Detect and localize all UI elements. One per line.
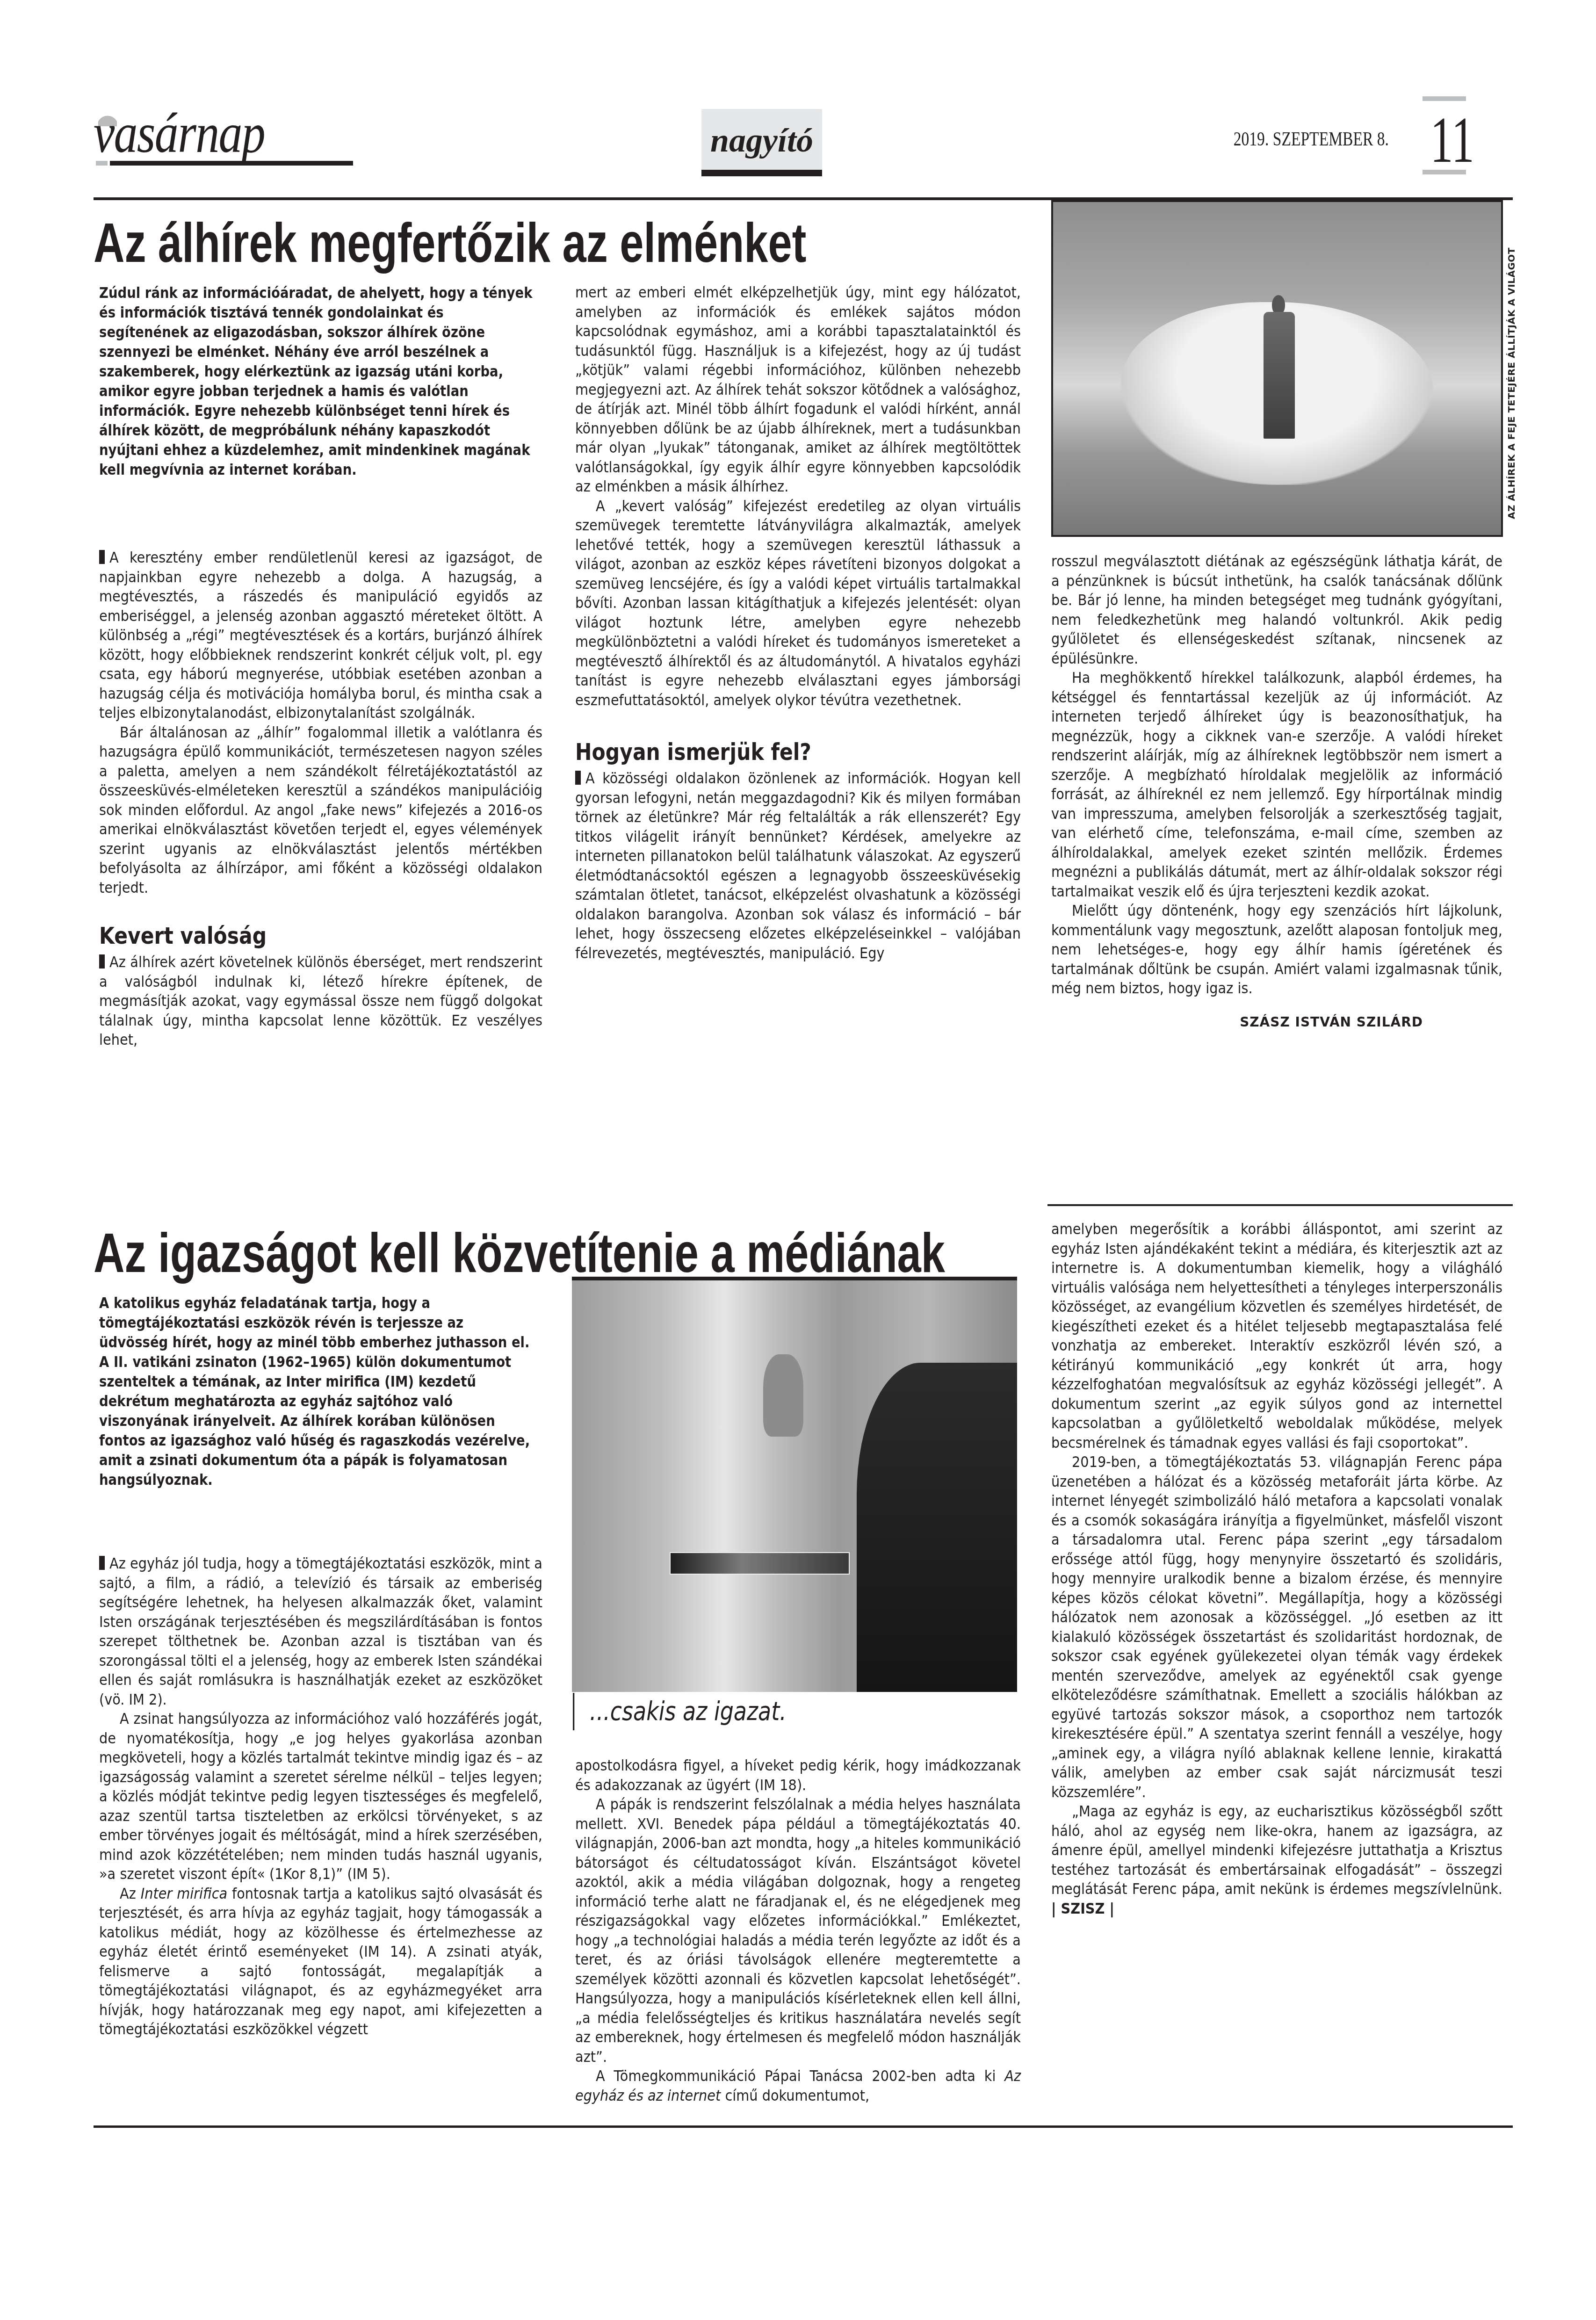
- article1-col2: mert az emberi elmét elképzelhetjük úgy,…: [575, 283, 1021, 963]
- paragraph: „Maga az egyház is egy, az eucharisztiku…: [1051, 1802, 1502, 1918]
- text-run: Az: [120, 1885, 141, 1902]
- article2-photo: [572, 1277, 1017, 1692]
- masthead-logo: vasárnap: [94, 98, 346, 168]
- paragraph: Bár általánosan az „álhír” fogalommal il…: [99, 723, 542, 898]
- article2-title: Az igazságot kell közvetítenie a médiána…: [94, 1223, 945, 1284]
- section-label: nagyító: [701, 115, 822, 166]
- byline: SZÁSZ ISTVÁN SZILÁRD: [1051, 1012, 1502, 1032]
- pull-quote: ...csakis az igazat.: [573, 1693, 935, 1730]
- text-run: fontosnak tartja a katolikus sajtó olvas…: [99, 1885, 542, 2038]
- italic-title: Inter mirifica: [141, 1885, 227, 1902]
- figure-silhouette: [1264, 312, 1295, 439]
- text-run: „Maga az egyház is egy, az eucharisztiku…: [1051, 1802, 1502, 1898]
- page-number: 11: [1430, 108, 1460, 173]
- page-number-bar-top: [1423, 96, 1466, 101]
- subhead-kevert-valosag: Kevert valóság: [99, 922, 476, 950]
- signature: | SZISZ |: [1051, 1900, 1114, 1917]
- paragraph: Ha meghökkentő hírekkel találkozunk, ala…: [1051, 668, 1502, 901]
- article2-lead-text: A katolikus egyház feladatának tartja, h…: [99, 1293, 534, 1489]
- issue-date: 2019. SZEPTEMBER 8.: [1220, 125, 1389, 153]
- paragraph: apostolkodásra figyel, a híveket pedig k…: [575, 1756, 1021, 1795]
- logo-divider-grey: [96, 161, 108, 166]
- paragraph: Az egyház jól tudja, hogy a tömegtájékoz…: [99, 1554, 542, 1709]
- photo-caption-text: AZ ÁLHÍREK A FEJE TETEJÉRE ÁLLÍTJÁK A VI…: [1506, 229, 1517, 519]
- paragraph: rosszul megválasztott diétának az egészs…: [1051, 552, 1502, 668]
- paragraph: 2019-ben, a tömegtájékoztatás 53. világn…: [1051, 1453, 1502, 1802]
- paragraph: A zsinat hangsúlyozza az információhoz v…: [99, 1709, 542, 1884]
- paragraph: A pápák is rendszerint felszólalnak a mé…: [575, 1795, 1021, 2067]
- article1-title: Az álhírek megfertőzik az elménket: [94, 213, 806, 274]
- page-number-bar-bottom: [1423, 170, 1466, 174]
- article2-col1: Az egyház jól tudja, hogy a tömegtájékoz…: [99, 1554, 542, 2039]
- text-run: című dokumentumot,: [721, 2087, 869, 2104]
- article2-col3: amelyben megerősítik a korábbi álláspont…: [1051, 1220, 1502, 1918]
- article1-photo: [1051, 200, 1503, 537]
- paragraph: A Tömegkommunikáció Pápai Tanácsa 2002-b…: [575, 2067, 1021, 2105]
- paragraph: Mielőtt úgy döntenénk, hogy egy szenzáci…: [1051, 901, 1502, 998]
- article2-lead: A katolikus egyház feladatának tartja, h…: [99, 1293, 604, 1489]
- paragraph: A közösségi oldalakon özönlenek az infor…: [575, 769, 1021, 963]
- article1-col3: rosszul megválasztott diétának az egészs…: [1051, 552, 1502, 1032]
- paragraph: amelyben megerősítik a korábbi álláspont…: [1051, 1220, 1502, 1453]
- article2-col2: apostolkodásra figyel, a híveket pedig k…: [575, 1756, 1021, 2105]
- paragraph: Az álhírek azért követelnek különös éber…: [99, 953, 542, 1050]
- bible-book: [670, 1552, 850, 1575]
- article-divider: [1047, 1204, 1513, 1206]
- footer-rule: [94, 2125, 1513, 2128]
- article1-lead-text: Zúdul ránk az információáradat, de ahely…: [99, 283, 534, 479]
- paragraph: A „kevert valóság” kifejezést eredetileg…: [575, 497, 1021, 710]
- section-tab-underline: [701, 170, 822, 176]
- article1-col1: A keresztény ember rendületlenül keresi …: [99, 548, 542, 1050]
- logo-divider: [110, 161, 353, 166]
- logo-text: vasárnap: [94, 98, 265, 168]
- paragraph: mert az emberi elmét elképzelhetjük úgy,…: [575, 283, 1021, 497]
- raised-hand: [763, 1354, 803, 1437]
- paragraph: A keresztény ember rendületlenül keresi …: [99, 548, 542, 723]
- photo-caption: AZ ÁLHÍREK A FEJE TETEJÉRE ÁLLÍTJÁK A VI…: [1506, 229, 1524, 519]
- subhead-hogyan-ismerjuk-fel: Hogyan ismerjük fel?: [575, 738, 954, 766]
- paragraph: Az Inter mirifica fontosnak tartja a kat…: [99, 1884, 542, 2039]
- text-run: A Tömegkommunikáció Pápai Tanácsa 2002-b…: [596, 2067, 1004, 2085]
- article1-lead: Zúdul ránk az információáradat, de ahely…: [99, 283, 604, 479]
- person-silhouette: [857, 1363, 1017, 1692]
